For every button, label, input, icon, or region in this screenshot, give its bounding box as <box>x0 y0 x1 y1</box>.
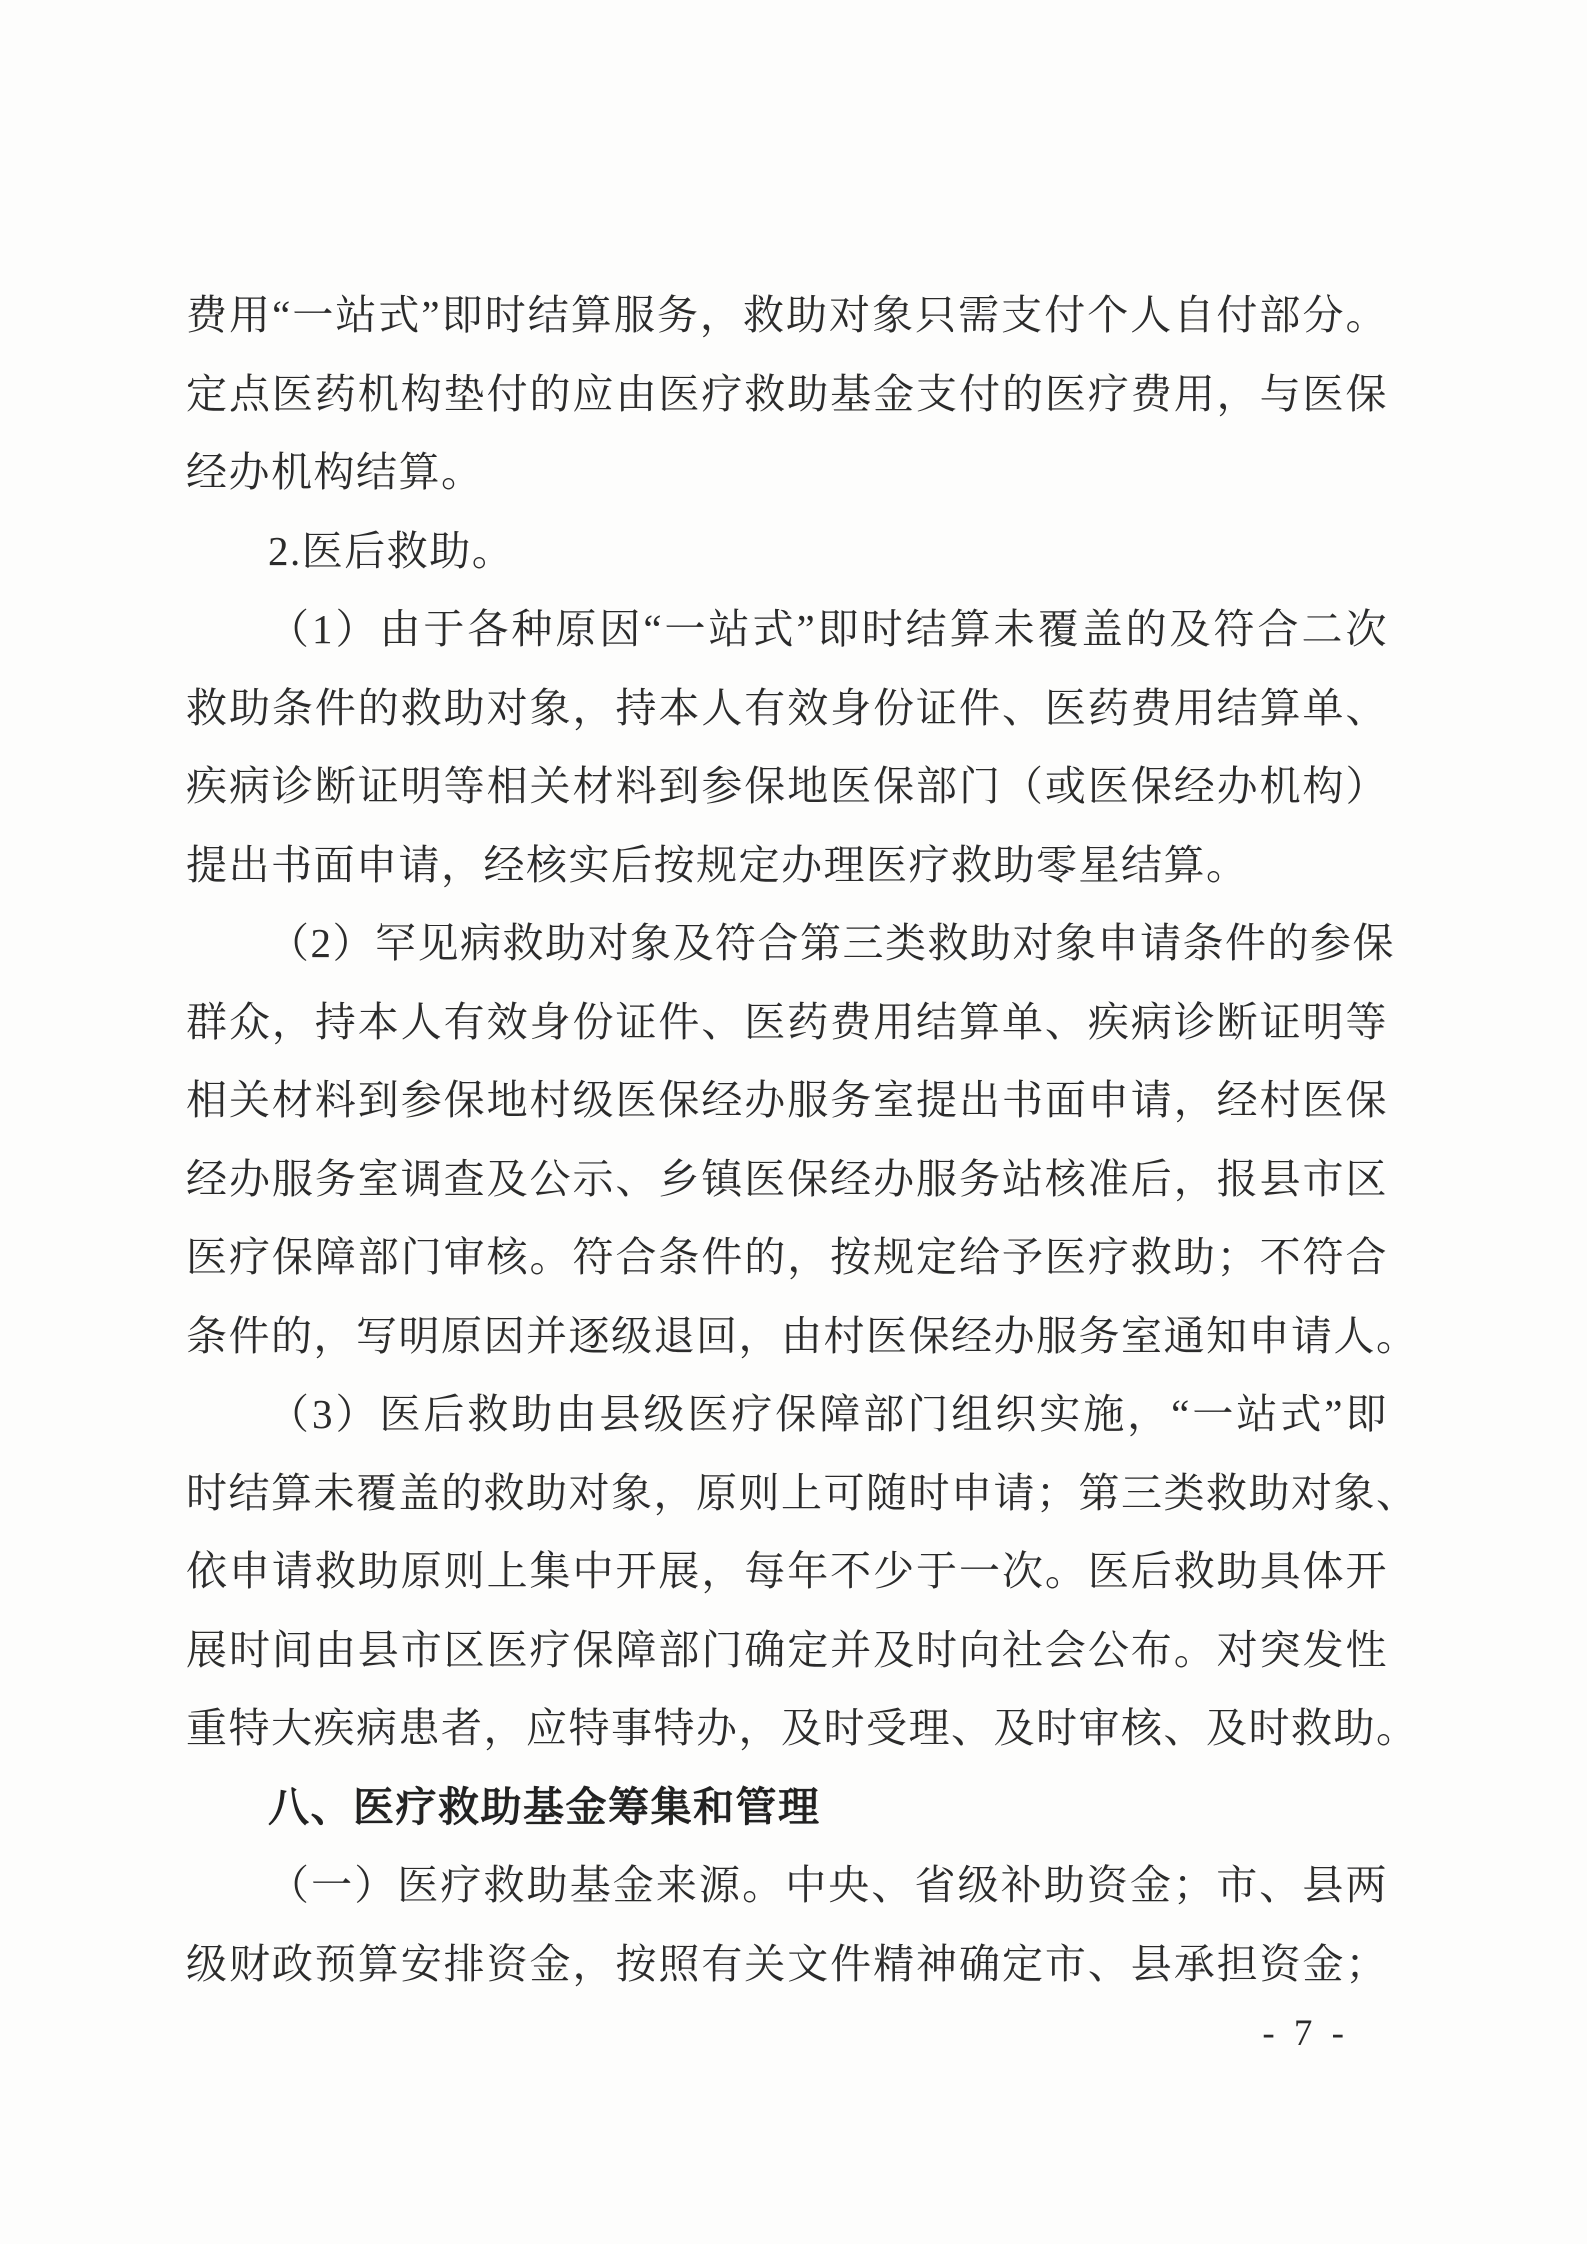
text-line: 定点医药机构垫付的应由医疗救助基金支付的医疗费用，与医保 <box>186 355 1388 434</box>
text-line: 疾病诊断证明等相关材料到参保地医保部门（或医保经办机构） <box>186 747 1388 826</box>
document-page: 费用“一站式”即时结算服务，救助对象只需支付个人自付部分。定点医药机构垫付的应由… <box>0 0 1587 2244</box>
text-line: （3）医后救助由县级医疗保障部门组织实施，“一站式”即 <box>186 1375 1388 1454</box>
text-line: 费用“一站式”即时结算服务，救助对象只需支付个人自付部分。 <box>186 276 1388 355</box>
text-line: （一）医疗救助基金来源。中央、省级补助资金；市、县两 <box>186 1846 1388 1925</box>
text-line: 提出书面申请，经核实后按规定办理医疗救助零星结算。 <box>186 826 1388 905</box>
text-line: （1）由于各种原因“一站式”即时结算未覆盖的及符合二次 <box>186 590 1388 669</box>
text-line: 经办机构结算。 <box>186 433 1388 512</box>
text-line: 级财政预算安排资金，按照有关文件精神确定市、县承担资金； <box>186 1925 1388 2004</box>
text-line: 依申请救助原则上集中开展，每年不少于一次。医后救助具体开 <box>186 1532 1388 1611</box>
text-line: 医疗保障部门审核。符合条件的，按规定给予医疗救助；不符合 <box>186 1218 1388 1297</box>
text-line: 条件的，写明原因并逐级退回，由村医保经办服务室通知申请人。 <box>186 1297 1388 1376</box>
text-line: 救助条件的救助对象，持本人有效身份证件、医药费用结算单、 <box>186 669 1388 748</box>
text-line: 相关材料到参保地村级医保经办服务室提出书面申请，经村医保 <box>186 1061 1388 1140</box>
text-line: 展时间由县市区医疗保障部门确定并及时向社会公布。对突发性 <box>186 1611 1388 1690</box>
text-line: 2.医后救助。 <box>186 512 1388 591</box>
text-line: 时结算未覆盖的救助对象，原则上可随时申请；第三类救助对象、 <box>186 1454 1388 1533</box>
text-line: 重特大疾病患者，应特事特办，及时受理、及时审核、及时救助。 <box>186 1689 1388 1768</box>
text-line: 经办服务室调查及公示、乡镇医保经办服务站核准后，报县市区 <box>186 1140 1388 1219</box>
text-line: （2）罕见病救助对象及符合第三类救助对象申请条件的参保 <box>186 904 1388 983</box>
page-number: - 7 - <box>1262 2012 1349 2055</box>
section-heading: 八、医疗救助基金筹集和管理 <box>186 1768 1388 1847</box>
text-line: 群众，持本人有效身份证件、医药费用结算单、疾病诊断证明等 <box>186 983 1388 1062</box>
document-body: 费用“一站式”即时结算服务，救助对象只需支付个人自付部分。定点医药机构垫付的应由… <box>186 276 1388 2003</box>
